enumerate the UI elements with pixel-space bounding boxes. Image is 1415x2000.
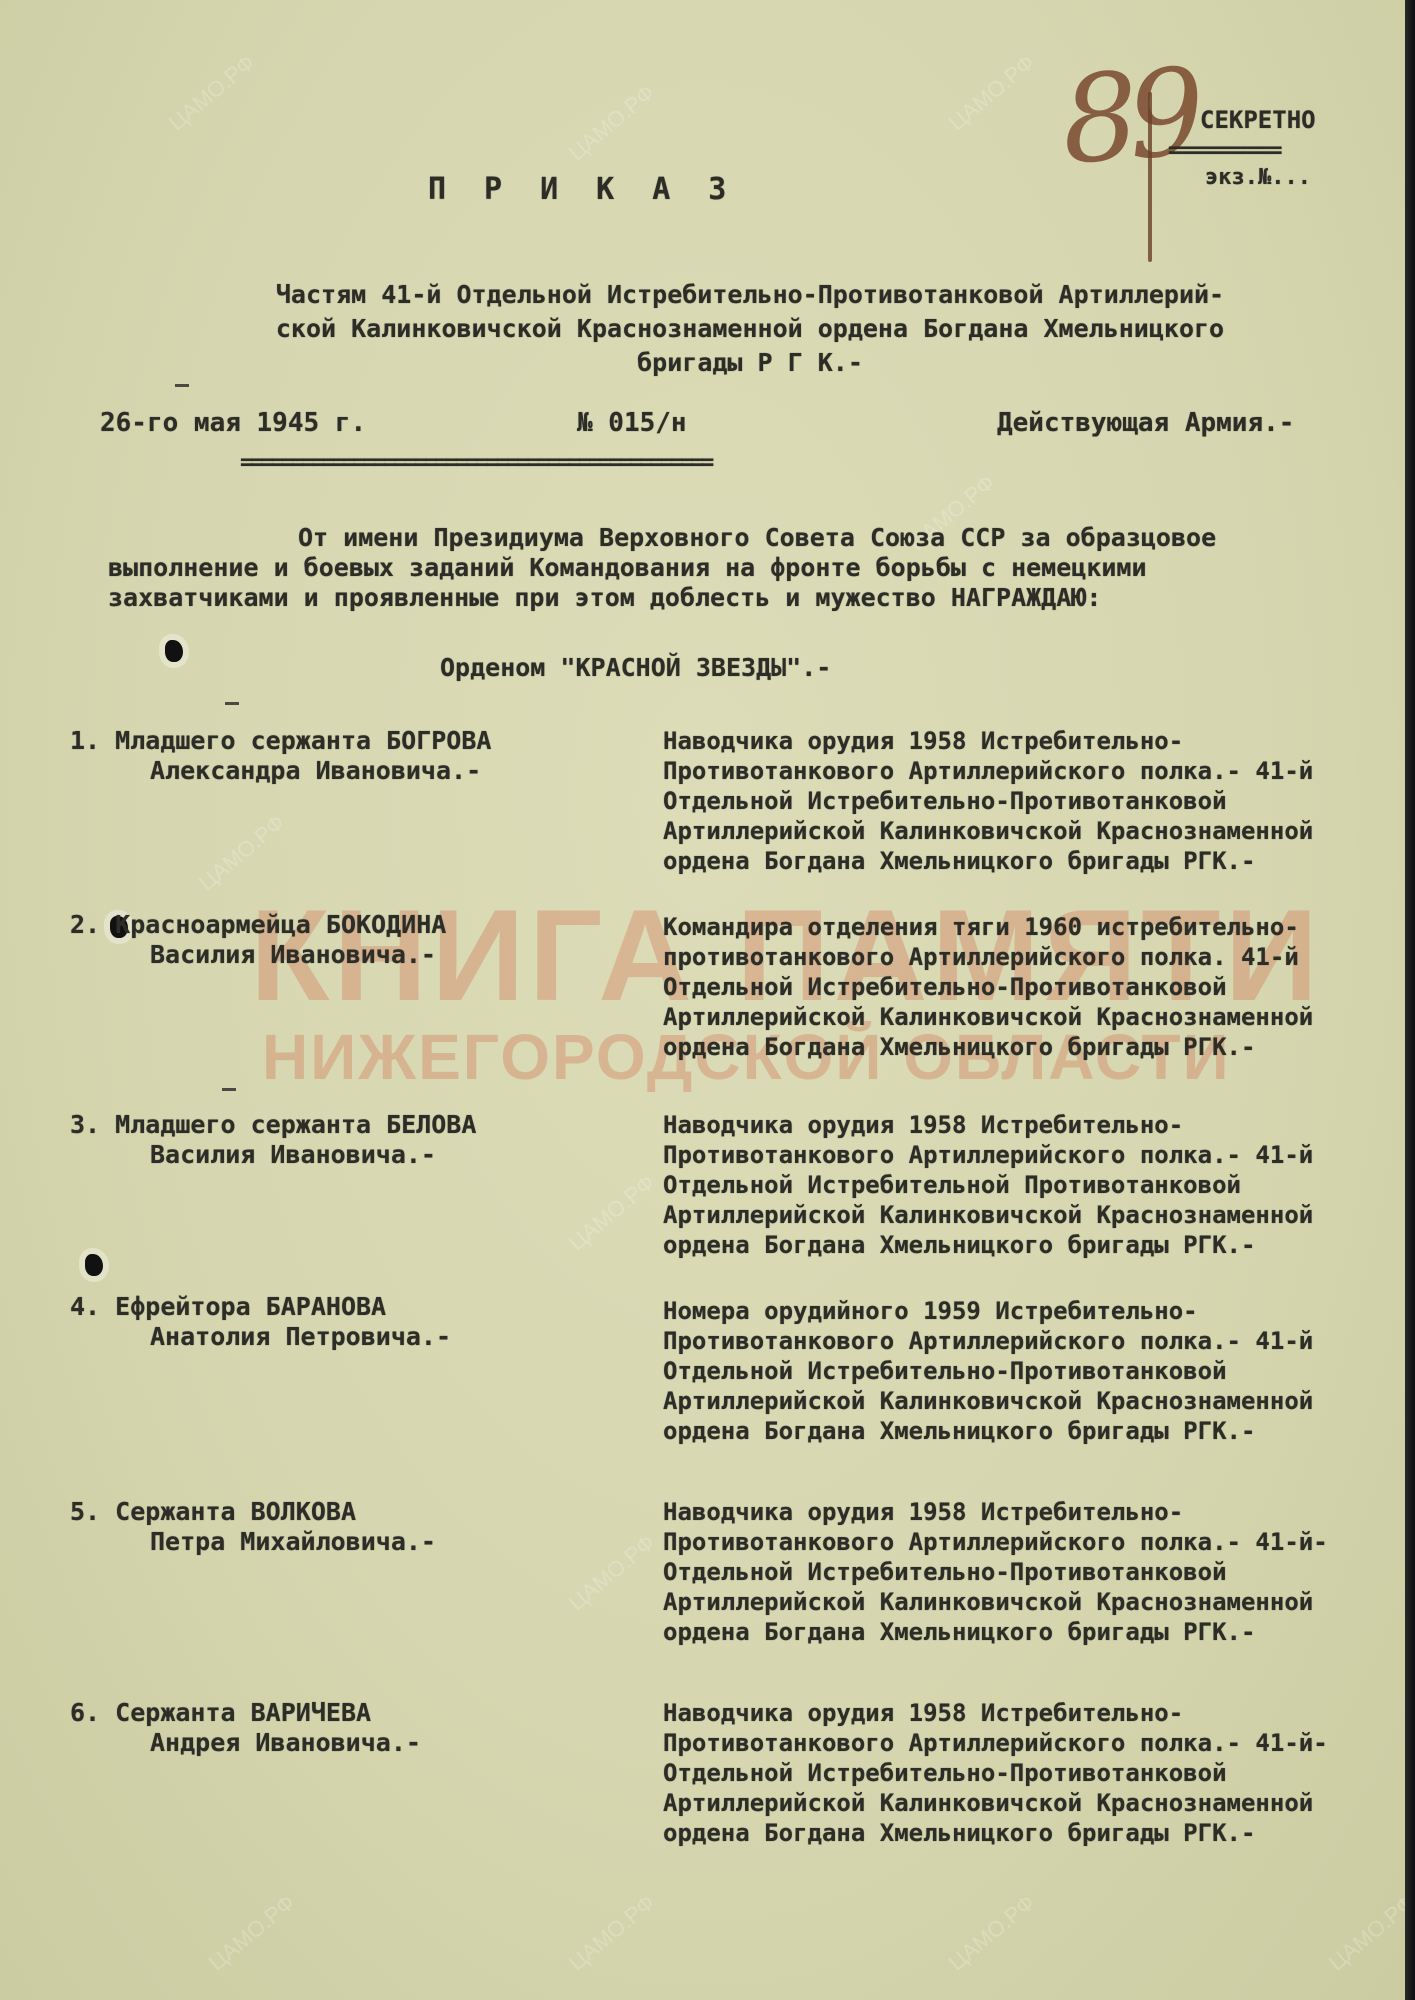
awardee-position: Командира отделения тяги 1960 истребител… xyxy=(663,912,1383,1062)
handwritten-page-number: 89 xyxy=(1057,44,1199,192)
preamble-text: От имени Президиума Верховного Совета Со… xyxy=(108,523,1368,613)
dash-mark xyxy=(175,384,189,387)
units-line: Частям 41-й Отдельной Истребительно-Прот… xyxy=(185,278,1315,312)
punch-hole xyxy=(85,1254,103,1276)
archive-watermark: ЦАМО.РФ xyxy=(944,1890,1040,1977)
archive-watermark: ЦАМО.РФ xyxy=(564,1530,660,1617)
archive-watermark: ЦАМО.РФ xyxy=(1324,1890,1405,1977)
awardee-position: Наводчика орудия 1958 Истребительно-Прот… xyxy=(663,1698,1383,1848)
archive-watermark: ЦАМО.РФ xyxy=(944,50,1040,137)
scan-edge xyxy=(1405,0,1415,2000)
awardee-name: 2. Красноармейца БОКОДИНАВасилия Иванови… xyxy=(70,910,446,970)
units-line: бригады Р Г К.- xyxy=(185,346,1315,380)
document-title: ПРИКАЗ xyxy=(428,172,764,207)
archive-watermark: ЦАМО.РФ xyxy=(204,1890,300,1977)
handwritten-stroke xyxy=(1148,92,1152,262)
order-location: Действующая Армия.- xyxy=(997,408,1294,438)
units-heading: Частям 41-й Отдельной Истребительно-Прот… xyxy=(185,278,1315,380)
archive-watermark: ЦАМО.РФ xyxy=(564,80,660,167)
document-page: ЦАМО.РФ ЦАМО.РФ ЦАМО.РФ ЦАМО.РФ ЦАМО.РФ … xyxy=(0,0,1405,2000)
awardee-position: Наводчика орудия 1958 Истребительно-Прот… xyxy=(663,1497,1383,1647)
archive-watermark: ЦАМО.РФ xyxy=(164,50,260,137)
archive-watermark: ЦАМО.РФ xyxy=(564,1890,660,1977)
awardee-name: 6. Сержанта ВАРИЧЕВААндрея Ивановича.- xyxy=(70,1698,421,1758)
punch-hole xyxy=(165,640,183,662)
copy-number-label: экз.№... xyxy=(1205,165,1311,190)
preamble-line: выполнение и боевых заданий Командования… xyxy=(108,553,1368,583)
dash-mark xyxy=(225,702,239,705)
archive-watermark: ЦАМО.РФ xyxy=(564,1170,660,1257)
dash-mark xyxy=(222,1088,236,1091)
awardee-name: 1. Младшего сержанта БОГРОВААлександра И… xyxy=(70,726,491,786)
award-title: Орденом "КРАСНОЙ ЗВЕЗДЫ".- xyxy=(440,653,831,682)
classification-rule: ========== xyxy=(1168,138,1280,163)
preamble-line: захватчиками и проявленные при этом добл… xyxy=(108,583,1368,613)
units-line: ской Калинковичской Краснознаменной орде… xyxy=(185,312,1315,346)
awardee-name: 5. Сержанта ВОЛКОВАПетра Михайловича.- xyxy=(70,1497,436,1557)
classification-label: СЕКРЕТНО xyxy=(1200,106,1316,134)
awardee-name: 3. Младшего сержанта БЕЛОВАВасилия Ивано… xyxy=(70,1110,476,1170)
awardee-position: Номера орудийного 1959 Истребительно-Про… xyxy=(663,1296,1383,1446)
separator-rule: ========================================… xyxy=(240,450,711,475)
awardee-position: Наводчика орудия 1958 Истребительно-Прот… xyxy=(663,1110,1383,1260)
archive-watermark: ЦАМО.РФ xyxy=(194,810,290,897)
awardee-name: 4. Ефрейтора БАРАНОВААнатолия Петровича.… xyxy=(70,1292,451,1352)
preamble-line: От имени Президиума Верховного Совета Со… xyxy=(108,523,1368,553)
order-number: № 015/н xyxy=(577,408,687,438)
order-date: 26-го мая 1945 г. xyxy=(100,408,366,438)
awardee-position: Наводчика орудия 1958 Истребительно-Прот… xyxy=(663,726,1383,876)
